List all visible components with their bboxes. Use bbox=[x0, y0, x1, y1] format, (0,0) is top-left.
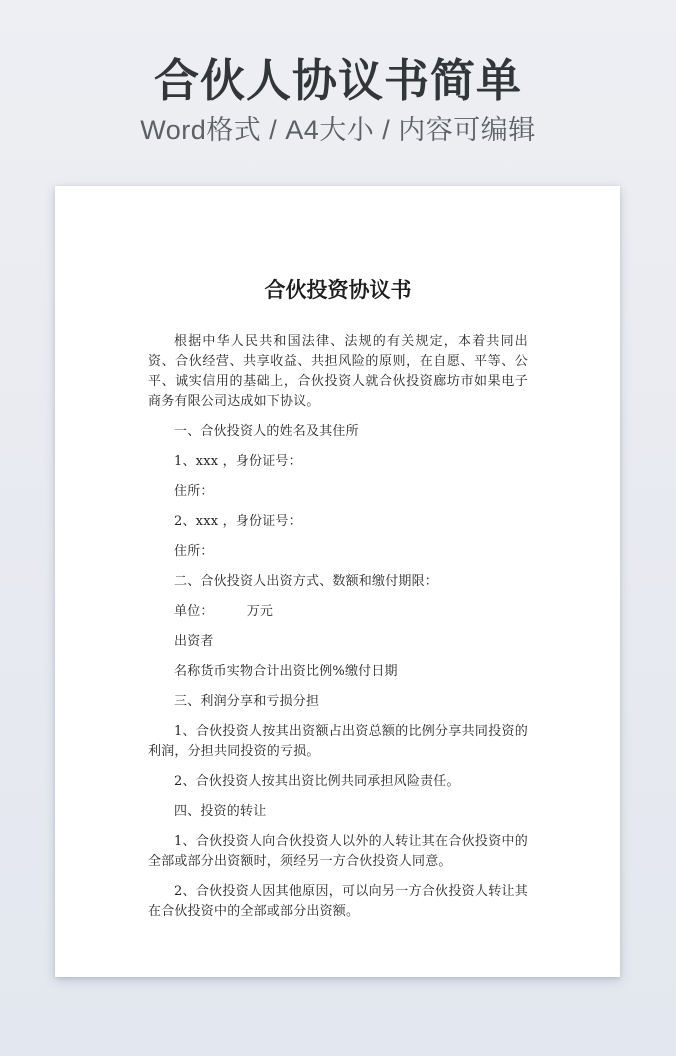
document-paper: 合伙投资协议书 根据中华人民共和国法律、法规的有关规定，本着共同出资、合伙经营、… bbox=[55, 186, 620, 977]
paragraph: 1、合伙投资人向合伙投资人以外的人转让其在合伙投资中的全部或部分出资额时，须经另… bbox=[148, 832, 528, 872]
paragraph: 1、xxx ，身份证号： bbox=[148, 452, 528, 472]
page-title: 合伙人协议书简单 bbox=[0, 56, 676, 106]
paragraph: 名称货币实物合计出资比例%缴付日期 bbox=[148, 662, 528, 682]
paragraph-section-heading: 四、投资的转让 bbox=[148, 802, 528, 822]
paragraph: 2、合伙投资人按其出资比例共同承担风险责任。 bbox=[148, 772, 528, 792]
page-subtitle: Word格式 / A4大小 / 内容可编辑 bbox=[0, 115, 676, 145]
paragraph-section-heading: 一、合伙投资人的姓名及其住所 bbox=[148, 422, 528, 442]
paragraph-section-heading: 三、利润分享和亏损分担 bbox=[148, 692, 528, 712]
paragraph: 住所： bbox=[148, 542, 528, 562]
paragraph: 单位： 万元 bbox=[148, 602, 528, 622]
paragraph: 出资者 bbox=[148, 632, 528, 652]
page-header: 合伙人协议书简单 Word格式 / A4大小 / 内容可编辑 bbox=[0, 0, 676, 145]
document-title: 合伙投资协议书 bbox=[148, 276, 528, 304]
paragraph: 1、合伙投资人按其出资额占出资总额的比例分享共同投资的利润，分担共同投资的亏损。 bbox=[148, 722, 528, 762]
document-body: 合伙投资协议书 根据中华人民共和国法律、法规的有关规定，本着共同出资、合伙经营、… bbox=[55, 276, 620, 922]
paragraph: 2、合伙投资人因其他原因，可以向另一方合伙投资人转让其在合伙投资中的全部或部分出… bbox=[148, 882, 528, 922]
paragraph-section-heading: 二、合伙投资人出资方式、数额和缴付期限： bbox=[148, 572, 528, 592]
document-paragraphs: 根据中华人民共和国法律、法规的有关规定，本着共同出资、合伙经营、共享收益、共担风… bbox=[148, 332, 528, 922]
paragraph: 住所： bbox=[148, 482, 528, 502]
paragraph: 2、xxx ，身份证号： bbox=[148, 512, 528, 532]
paragraph: 根据中华人民共和国法律、法规的有关规定，本着共同出资、合伙经营、共享收益、共担风… bbox=[148, 332, 528, 412]
